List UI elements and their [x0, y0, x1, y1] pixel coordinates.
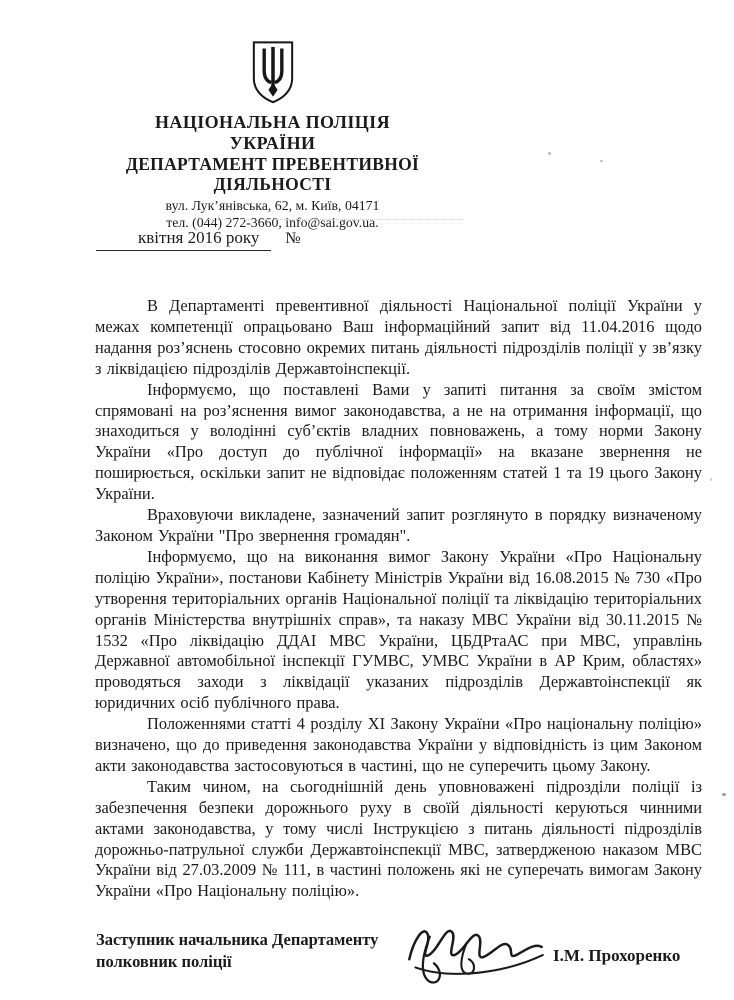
signer-title-line2: полковник поліції — [96, 951, 426, 973]
letterhead: НАЦІОНАЛЬНА ПОЛІЦІЯ УКРАЇНИ ДЕПАРТАМЕНТ … — [100, 40, 445, 231]
scan-speckle — [548, 152, 551, 155]
signer-title: Заступник начальника Департаменту полков… — [96, 929, 426, 973]
signer-name: І.М. Прохоренко — [553, 946, 680, 966]
org-name-line1: НАЦІОНАЛЬНА ПОЛІЦІЯ — [100, 112, 445, 133]
dept-name-line1: ДЕПАРТАМЕНТ ПРЕВЕНТИВНОЇ — [100, 154, 445, 174]
scan-speckle — [710, 478, 712, 481]
trident-emblem-icon — [250, 40, 296, 106]
scan-speckle — [722, 793, 726, 796]
date-text: квітня 2016 року — [138, 228, 259, 247]
scan-artifact-rule — [208, 219, 463, 220]
body-paragraph: Інформуємо, що на виконання вимог Закону… — [95, 547, 702, 714]
scan-speckle — [600, 160, 603, 162]
handwritten-signature — [398, 912, 554, 990]
body-paragraph: Таким чином, на сьогоднішній день уповно… — [95, 777, 702, 902]
org-name-line2: УКРАЇНИ — [100, 133, 445, 154]
document-number-sign: № — [285, 230, 300, 247]
body-paragraph: В Департаменті превентивної діяльності Н… — [95, 296, 702, 380]
body-paragraph: Враховуючи викладене, зазначений запит р… — [95, 505, 702, 547]
signer-title-line1: Заступник начальника Департаменту — [96, 929, 426, 951]
dept-name-line2: ДІЯЛЬНОСТІ — [100, 174, 445, 194]
body-paragraph: Положеннями статті 4 розділу XI Закону У… — [95, 714, 702, 777]
date-number-line: квітня 2016 року№ — [96, 227, 301, 251]
scanned-letter-page: НАЦІОНАЛЬНА ПОЛІЦІЯ УКРАЇНИ ДЕПАРТАМЕНТ … — [0, 0, 734, 1000]
date-blank-field: квітня 2016 року — [96, 227, 271, 251]
body-paragraph: Інформуємо, що поставлені Вами у запиті … — [95, 380, 702, 505]
org-address: вул. Лук’янівська, 62, м. Київ, 04171 — [100, 198, 445, 215]
letter-body: В Департаменті превентивної діяльності Н… — [95, 296, 702, 902]
